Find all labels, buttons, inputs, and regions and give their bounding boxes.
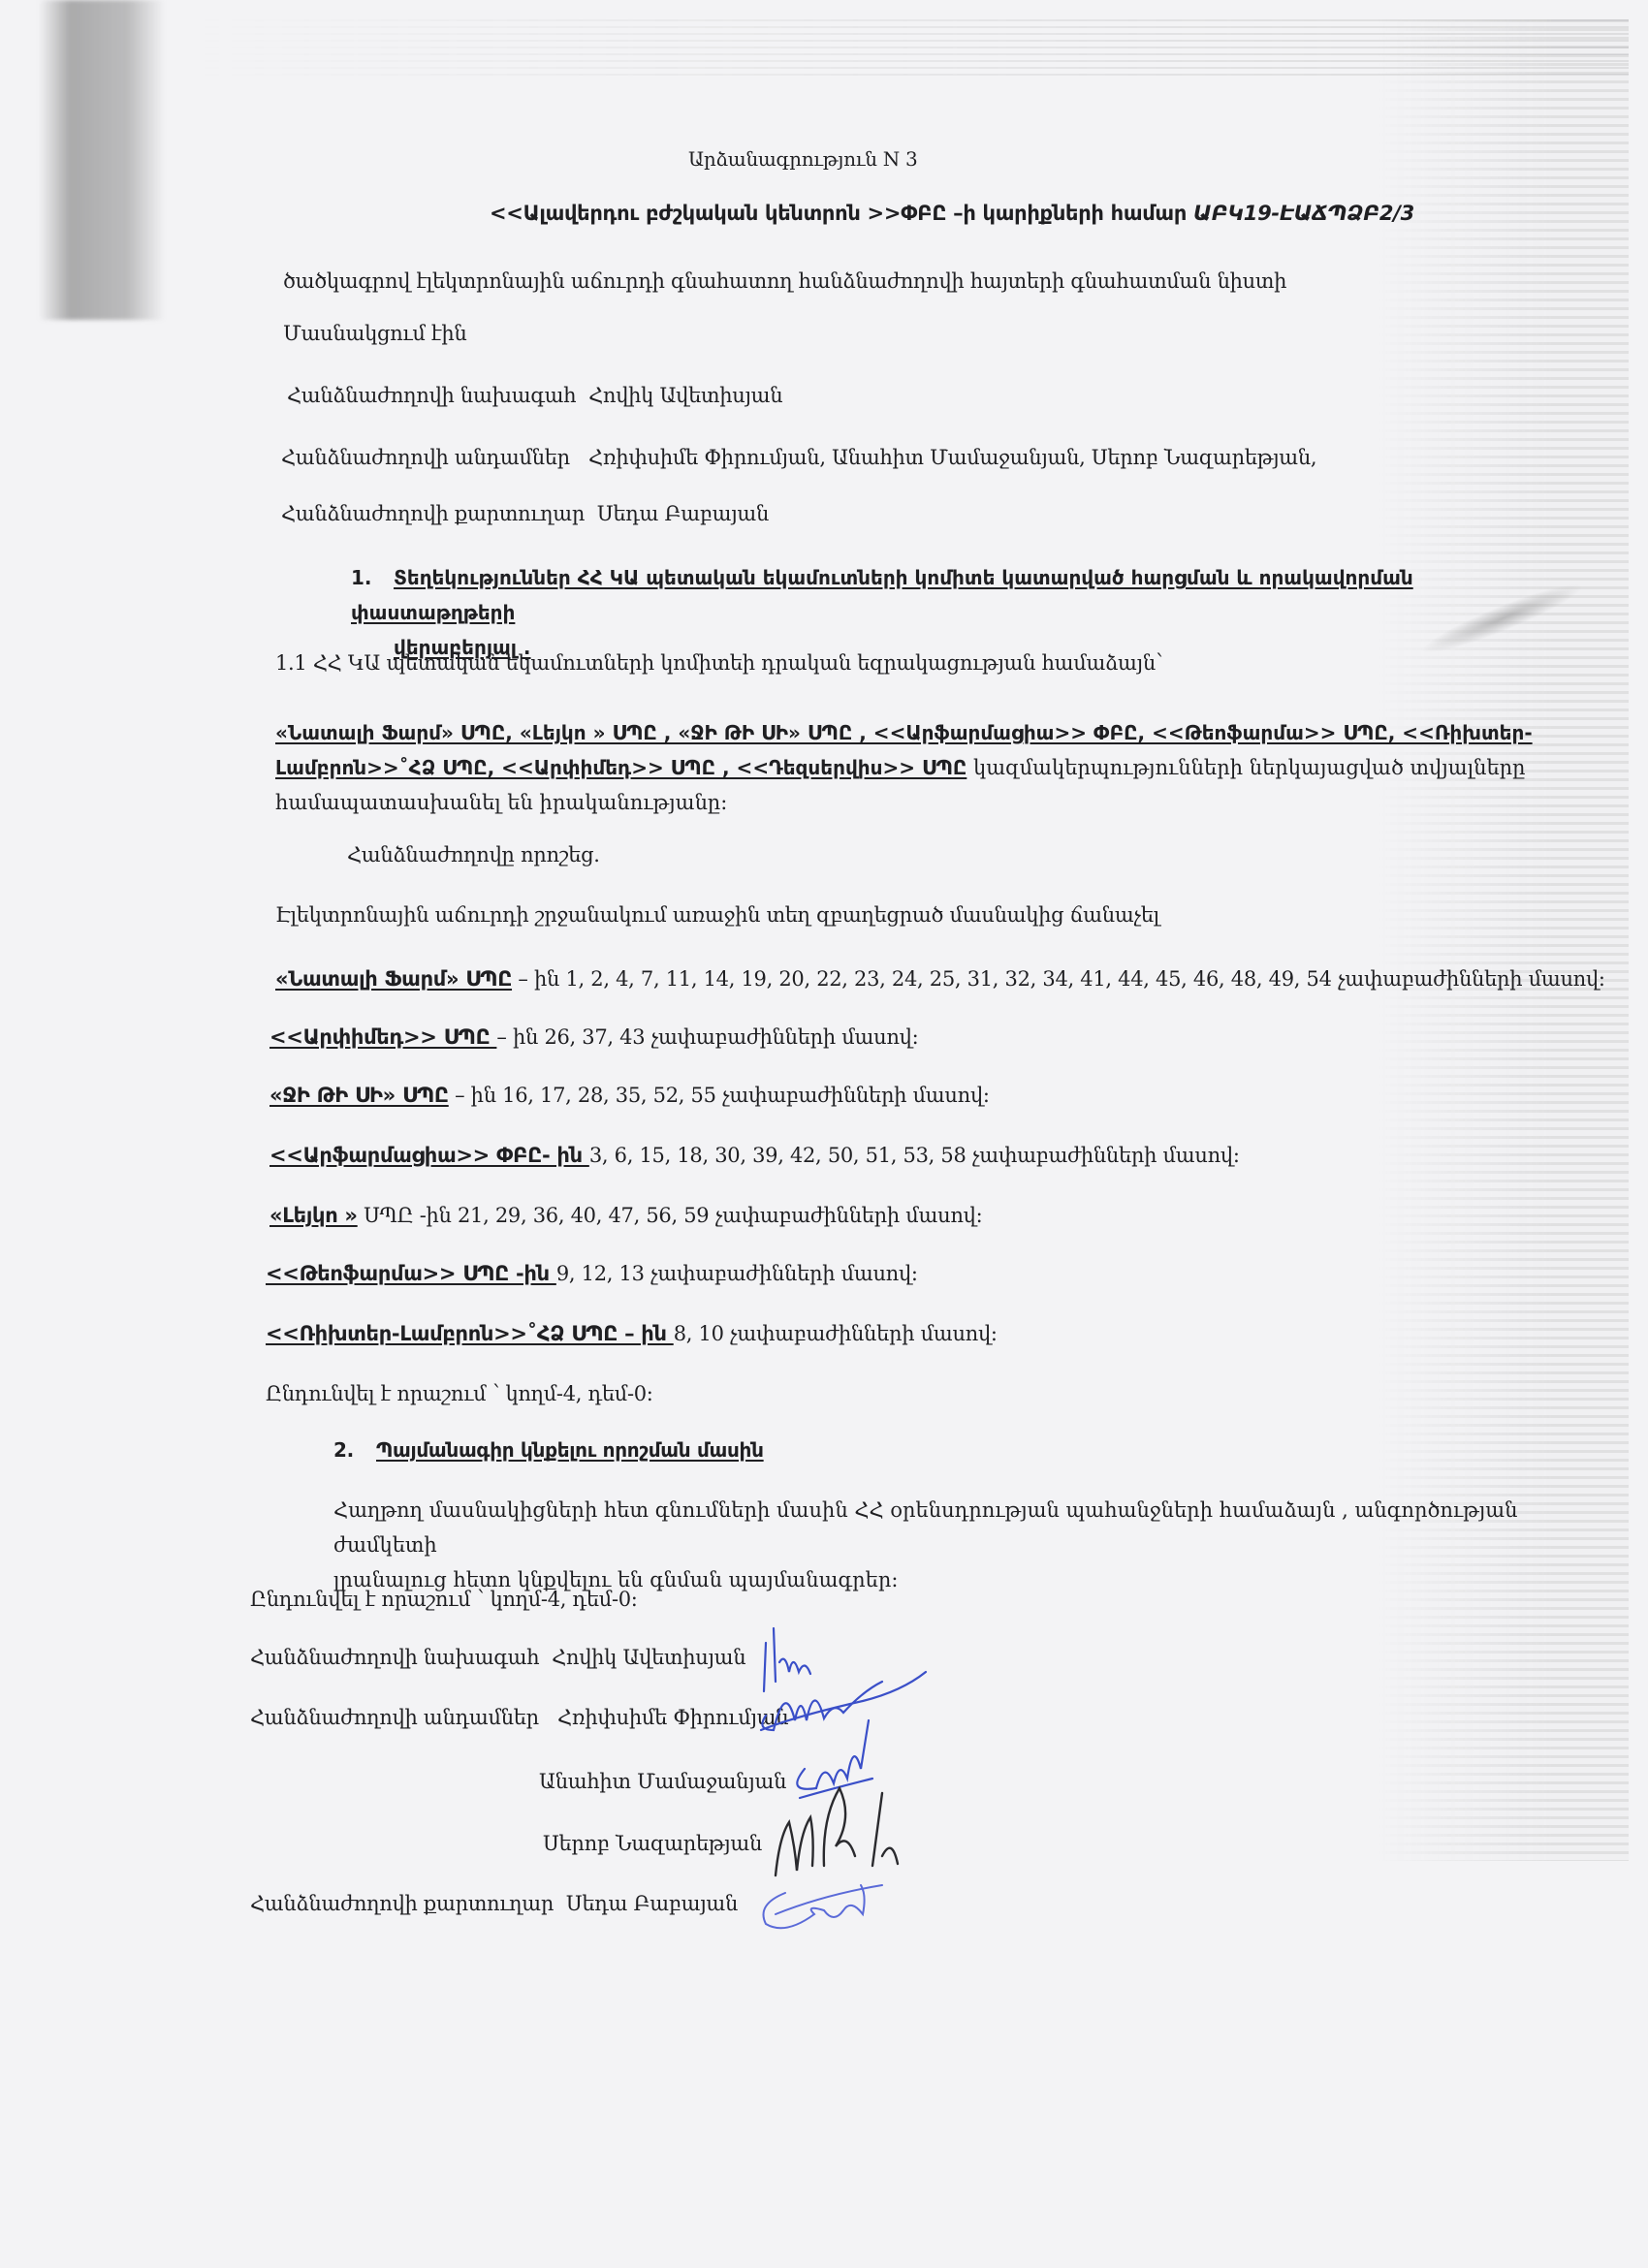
header-line: <<Ալավերդու բժշկական կենտրոն >>ՓԲԸ –ի կա… <box>490 202 1414 225</box>
participant-names: Սեդա Բաբայան <box>597 502 769 525</box>
section-2-heading: 2.Պայմանագիր կնքելու որոշման մասին <box>333 1438 764 1462</box>
winner-company: <<Արֆարմացիա>> ՓԲԸ- ին <box>269 1144 589 1167</box>
signatory-name: Հովիկ Ավետիսյան <box>552 1646 745 1669</box>
appendix-title: Արձանագրություն N 3 <box>688 147 917 171</box>
winner-lots: – ին 1, 2, 4, 7, 11, 14, 19, 20, 22, 23,… <box>512 967 1605 991</box>
participant-names: Հռիփսիմե Փիրումյան, Անահիտ Մամաջանյան, Ս… <box>588 446 1316 469</box>
signatory-row: Հանձնաժողովի անդամներ Հռիփսիմե Փիրումյան <box>250 1706 788 1729</box>
clause-1-1: 1.1 ՀՀ ԿԱ պետական եկամուտների կոմիտեի դր… <box>275 651 1162 675</box>
winner-lots: ՍՊԸ -ին 21, 29, 36, 40, 47, 56, 59 չափաբ… <box>358 1204 983 1227</box>
paragraph-text: Հաղթող մասնակիցների հետ գնումների մասին … <box>333 1498 1518 1557</box>
winner-row: <<Արփիմեդ>> ՍՊԸ – ին 26, 37, 43 չափաբաժի… <box>269 1025 918 1049</box>
participants-label: Մասնակցում էին <box>283 322 466 345</box>
vote-result-2: Ընդունվել է որաշում ՝ կողմ-4, դեմ-0: <box>250 1588 638 1611</box>
companies-paragraph: «Նատալի Ֆարմ» ՍՊԸ, «Լեյկո » ՍՊԸ , «ՋԻ ԹԻ… <box>275 715 1565 820</box>
participant-chair: Հանձնաժողովի նախագահ Հովիկ Ավետիսյան <box>287 384 782 407</box>
section-1-heading: 1.Տեղեկություններ ՀՀ ԿԱ պետական եկամուտն… <box>351 560 1572 665</box>
company-list: «Նատալի Ֆարմ» ՍՊԸ, «Լեյկո » ՍՊԸ , «ՋԻ ԹԻ… <box>275 721 1533 744</box>
participant-names: Հովիկ Ավետիսյան <box>588 384 782 407</box>
winner-company: <<Արփիմեդ>> ՍՊԸ <box>269 1025 496 1049</box>
winner-lots: 9, 12, 13 չափաբաժինների մասով: <box>556 1262 918 1285</box>
signatory-role: Հանձնաժողովի անդամներ <box>250 1706 539 1729</box>
winner-lots: – ին 26, 37, 43 չափաբաժինների մասով: <box>496 1025 918 1049</box>
subtitle: ծածկագրով էլեկտրոնային աճուրդի գնահատող … <box>283 269 1286 293</box>
participant-secretary: Հանձնաժողովի քարտուղար Սեդա Բաբայան <box>281 502 769 525</box>
participant-role: Հանձնաժողովի նախագահ <box>287 384 576 407</box>
signatory-name: Սեդա Բաբայան <box>566 1892 738 1915</box>
paragraph-text: համապատասխանել են իրականությանը: <box>275 791 727 814</box>
winner-intro: Էլեկտրոնային աճուրդի շրջանակում առաջին տ… <box>275 903 1159 927</box>
section-title: Պայմանագիր կնքելու որոշման մասին <box>376 1438 764 1462</box>
paragraph-text: կազմակերպությունների ներկայացված տվյալնե… <box>967 756 1525 779</box>
vote-result-1: Ընդունվել է որաշում ՝ կողմ-4, դեմ-0: <box>266 1382 653 1405</box>
winner-company: «Լեյկո » <box>269 1204 358 1227</box>
committee-decided: Հանձնաժողովը որոշեց. <box>347 843 600 866</box>
winner-company: <<Ռիխտեր-Լամբրոն>>˚ՀՁ ՍՊԸ – ին <box>266 1322 674 1345</box>
winner-row: <<Արֆարմացիա>> ՓԲԸ- ին 3, 6, 15, 18, 30,… <box>269 1144 1240 1167</box>
signatory-name: Սերոբ Նազարեթյան <box>543 1832 762 1855</box>
signatory-row: Սերոբ Նազարեթյան <box>543 1832 762 1855</box>
document-page: Արձանագրություն N 3 <<Ալավերդու բժշկական… <box>0 0 1648 2268</box>
section-number: 2. <box>333 1438 376 1462</box>
winner-row: «Լեյկո » ՍՊԸ -ին 21, 29, 36, 40, 47, 56,… <box>269 1204 982 1227</box>
signatory-row: Հանձնաժողովի նախագահ Հովիկ Ավետիսյան <box>250 1646 745 1669</box>
winner-lots: 8, 10 չափաբաժինների մասով: <box>674 1322 998 1345</box>
signatory-role: Հանձնաժողովի նախագահ <box>250 1646 539 1669</box>
winner-company: «ՋԻ ԹԻ ՍԻ» ՍՊԸ <box>269 1084 449 1107</box>
participant-role: Հանձնաժողովի անդամներ <box>281 446 570 469</box>
winner-row: «ՋԻ ԹԻ ՍԻ» ՍՊԸ – ին 16, 17, 28, 35, 52, … <box>269 1084 990 1107</box>
winner-lots: 3, 6, 15, 18, 30, 39, 42, 50, 51, 53, 58… <box>589 1144 1240 1167</box>
winner-row: <<Թեոֆարմա>> ՍՊԸ -ին 9, 12, 13 չափաբաժին… <box>266 1262 918 1285</box>
signatory-row: Հանձնաժողովի քարտուղար Սեդա Բաբայան <box>250 1892 738 1915</box>
header-org: <<Ալավերդու բժշկական կենտրոն >>ՓԲԸ –ի կա… <box>490 202 1187 225</box>
section-title: Տեղեկություններ ՀՀ ԿԱ պետական եկամուտներ… <box>351 566 1413 624</box>
section-2-body: Հաղթող մասնակիցների հետ գնումների մասին … <box>333 1493 1555 1597</box>
winner-company: <<Թեոֆարմա>> ՍՊԸ -ին <box>266 1262 556 1285</box>
company-list-cont: Լամբրոն>>˚ՀՁ ՍՊԸ, <<Արփիմեդ>> ՍՊԸ , <<Դե… <box>275 756 967 779</box>
section-number: 1. <box>351 560 394 595</box>
winner-company: «Նատալի Ֆարմ» ՍՊԸ <box>275 967 512 991</box>
winner-row: «Նատալի Ֆարմ» ՍՊԸ – ին 1, 2, 4, 7, 11, 1… <box>275 967 1605 991</box>
winner-lots: – ին 16, 17, 28, 35, 52, 55 չափաբաժիններ… <box>449 1084 990 1107</box>
winner-row: <<Ռիխտեր-Լամբրոն>>˚ՀՁ ՍՊԸ – ին 8, 10 չափ… <box>266 1322 998 1345</box>
procurement-code: ԱԲԿ19-ԷԱՃՊՁԲ2/3 <box>1193 202 1414 225</box>
signatory-role: Հանձնաժողովի քարտուղար <box>250 1892 554 1915</box>
participant-role: Հանձնաժողովի քարտուղար <box>281 502 585 525</box>
participant-members: Հանձնաժողովի անդամներ Հռիփսիմե Փիրումյան… <box>281 446 1316 469</box>
signatures-icon <box>746 1623 969 1953</box>
